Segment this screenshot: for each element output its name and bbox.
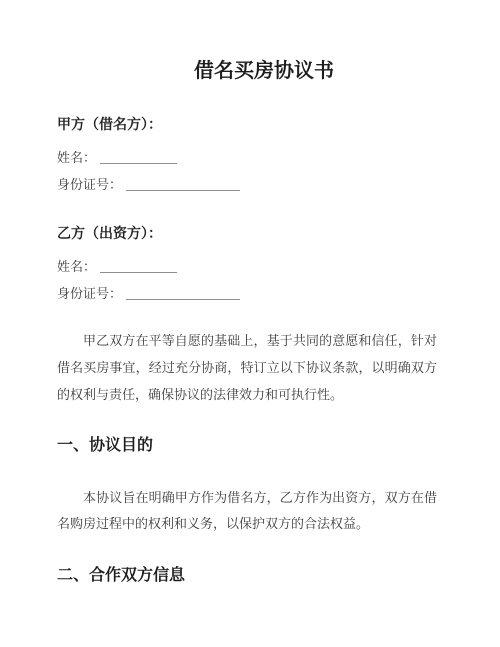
document-body: 借名买房协议书 甲方（借名方）： 姓名： 身份证号： 乙方（出资方）： 姓名： … [57, 57, 437, 589]
party-a-heading: 甲方（借名方）： [57, 112, 437, 140]
party-a-name-row: 姓名： [57, 144, 437, 171]
party-a-id-label: 身份证号： [57, 177, 122, 192]
party-b-heading: 乙方（出资方）： [57, 221, 437, 249]
party-a-id-row: 身份证号： [57, 171, 437, 198]
document-title: 借名买房协议书 [57, 57, 437, 85]
party-a-name-blank-line [100, 150, 177, 164]
party-b-id-row: 身份证号： [57, 280, 437, 307]
party-a-section: 甲方（借名方）： 姓名： 身份证号： [57, 112, 437, 198]
party-a-id-blank-line [126, 177, 240, 191]
section-1-paragraph: 本协议旨在明确甲方作为借名方，乙方作为出资方，双方在借名购房过程中的权利和义务，… [57, 485, 437, 537]
party-b-section: 乙方（出资方）： 姓名： 身份证号： [57, 221, 437, 307]
party-b-id-label: 身份证号： [57, 286, 122, 301]
intro-paragraph: 甲乙双方在平等自愿的基础上，基于共同的意愿和信任，针对借名买房事宜，经过充分协商… [57, 327, 437, 408]
section-1-heading: 一、协议目的 [57, 432, 437, 459]
party-b-name-row: 姓名： [57, 253, 437, 280]
document-page: 借名买房协议书 甲方（借名方）： 姓名： 身份证号： 乙方（出资方）： 姓名： … [0, 0, 500, 647]
section-2-heading: 二、合作双方信息 [57, 562, 437, 589]
party-b-name-label: 姓名： [57, 259, 96, 274]
party-b-name-blank-line [100, 259, 177, 273]
party-b-id-blank-line [126, 286, 240, 300]
party-a-name-label: 姓名： [57, 150, 96, 165]
